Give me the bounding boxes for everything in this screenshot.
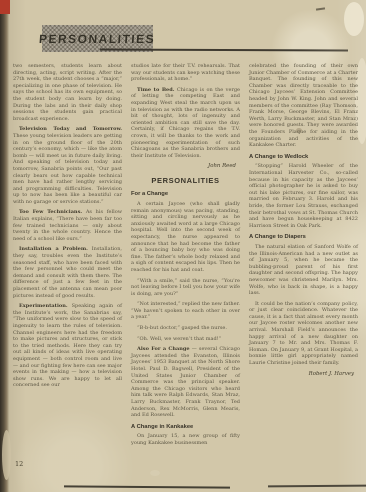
paper-stain: [150, 470, 160, 476]
paragraph: “Not interested,” replied the new father…: [131, 301, 240, 321]
paragraph: Experimentation. Speaking again of the I…: [13, 303, 122, 389]
paragraph-text: It could be the nation’s company policy,…: [249, 301, 358, 366]
paragraph: Also For a Change — several Chicago Jayc…: [131, 346, 240, 419]
signature: John Reed: [131, 163, 236, 170]
paragraph-text: “Not interested,” replied the new father…: [131, 301, 240, 320]
paragraph-lead: Installation a Problem.: [19, 246, 88, 252]
paragraph-text: Speaking again of the Institute’s work, …: [13, 303, 122, 388]
paragraph-text: A certain Jaycee (who shall gladly remai…: [131, 201, 240, 273]
paragraph: Time to Bed. Chicago is on the verge of …: [131, 87, 240, 160]
paragraph: “Oh. Well, we weren’t that mad!”: [131, 336, 240, 343]
paragraph-text: “B-b-but doctor,” gasped the nurse.: [137, 325, 227, 331]
paragraph-text: studios late for their T.V. rehearsals. …: [131, 63, 240, 82]
pen-dash-mark: [316, 7, 325, 10]
heading-change-to-diapers: A Change to Diapers: [249, 234, 358, 242]
signature: Robert J. Harvey: [249, 371, 354, 378]
paragraph-lead: Also For a Change: [137, 346, 190, 352]
paragraph: On January 15, a new group of fifty youn…: [131, 433, 240, 446]
paragraph-text: The natural elation of Sanford Wolfe of …: [249, 244, 358, 296]
paragraph: The natural elation of Sanford Wolfe of …: [249, 244, 358, 297]
paragraph-text: celebrated the founding of their own Jun…: [249, 63, 358, 148]
heading-for-a-change: For a Change: [131, 191, 240, 199]
bottom-scan-line: [64, 485, 230, 488]
paragraph-text: These young television leaders are getti…: [13, 133, 122, 205]
paragraph-text: On January 15, a new group of fifty youn…: [131, 433, 240, 446]
article-columns: two semesters, students learn about dire…: [13, 63, 358, 465]
section-banner-title: PERSONALITIES: [39, 32, 156, 46]
paragraph: Installation a Problem. Installation, th…: [13, 246, 122, 299]
paragraph-lead: Too Few Technicians.: [19, 209, 82, 215]
paragraph: Television Today and Tomorrow. These you…: [13, 126, 122, 205]
paragraph: “B-b-but doctor,” gasped the nurse.: [131, 325, 240, 332]
paper-stain: [344, 2, 364, 36]
magazine-page: PERSONALITIES two semesters, students le…: [0, 0, 366, 492]
column-middle: studios late for their T.V. rehearsals. …: [131, 63, 240, 465]
paragraph-text: two semesters, students learn about dire…: [13, 63, 122, 122]
paragraph: Too Few Technicians. As his fellow Itali…: [13, 209, 122, 242]
page-number: 12: [15, 460, 23, 468]
paragraph: two semesters, students learn about dire…: [13, 63, 122, 122]
bottom-scan-line: [268, 485, 366, 488]
paragraph-text: “With a smile,” said the nurse, “You’re …: [131, 278, 240, 297]
paragraph: It could be the nation’s company policy,…: [249, 301, 358, 367]
scan-edge: [0, 0, 9, 492]
paragraph: studios late for their T.V. rehearsals. …: [131, 63, 240, 83]
paragraph-text: “Oh. Well, we weren’t that mad!”: [137, 336, 221, 342]
column-left: two semesters, students learn about dire…: [13, 63, 122, 465]
paragraph-lead: Time to Bed.: [137, 87, 174, 93]
column-right: celebrated the founding of their own Jun…: [249, 63, 358, 465]
personalities-masthead: PERSONALITIES: [131, 176, 240, 186]
red-corner-mark: [0, 0, 10, 14]
paragraph-text: Installation, they say, troubles even th…: [13, 246, 122, 298]
paragraph-text: — several Chicago Jaycees attended the E…: [131, 346, 240, 418]
paragraph: celebrated the founding of their own Jun…: [249, 63, 358, 149]
paragraph-text: Chicago is on the verge of letting the c…: [131, 87, 240, 159]
paragraph: “Stopping” Harold Wheeler of the Interna…: [249, 163, 358, 229]
paragraph: “With a smile,” said the nurse, “You’re …: [131, 278, 240, 298]
heading-change-in-kankakee: A Change in Kankakee: [131, 424, 240, 432]
paragraph-text: “Stopping” Harold Wheeler of the Interna…: [249, 163, 358, 228]
paragraph: A certain Jaycee (who shall gladly remai…: [131, 201, 240, 274]
paragraph-lead: Experimentation.: [19, 303, 68, 309]
heading-change-to-wedlock: A Change to Wedlock: [249, 154, 358, 162]
paragraph-lead: Television Today and Tomorrow.: [19, 126, 122, 132]
